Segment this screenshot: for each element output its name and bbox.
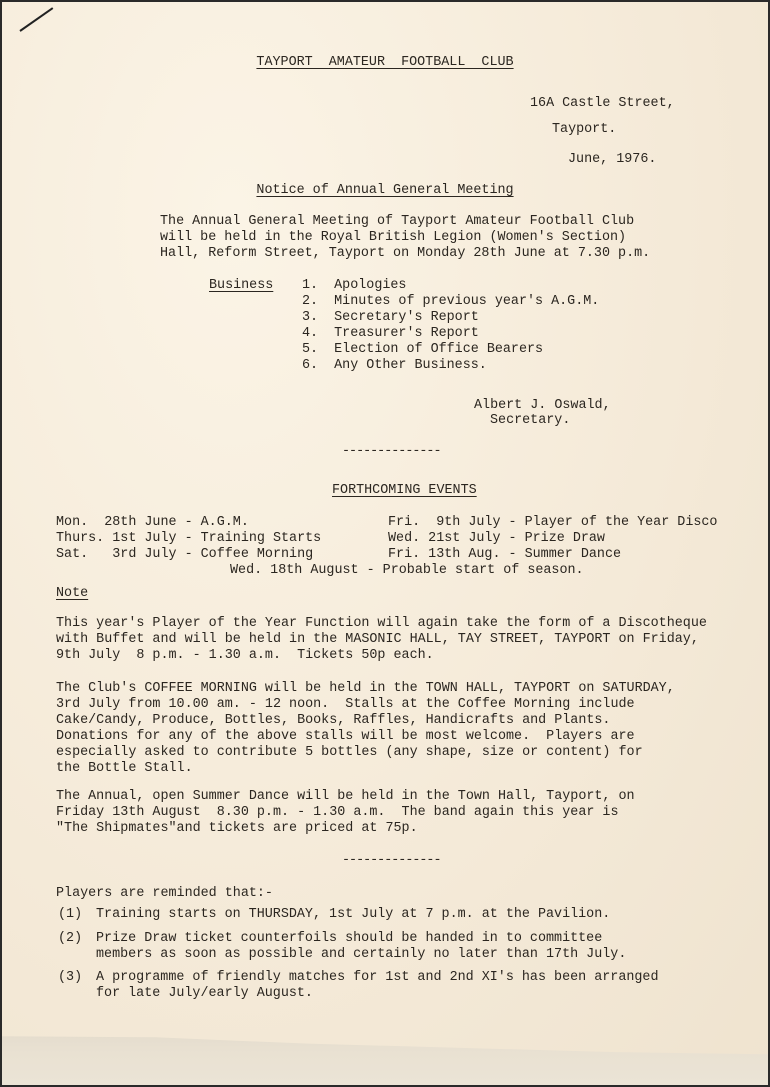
events-title: FORTHCOMING EVENTS — [332, 483, 477, 499]
event-item: Thurs. 1st July - Training Starts — [56, 531, 321, 547]
address-line-2: Tayport. — [552, 122, 616, 138]
notice-title: Notice of Annual General Meeting — [2, 183, 768, 199]
note-line: "The Shipmates"and tickets are priced at… — [56, 821, 418, 837]
reminder-line: members as soon as possible and certainl… — [96, 947, 626, 963]
signature-name: Albert J. Oswald, — [474, 398, 611, 414]
reminder-line: Training starts on THURSDAY, 1st July at… — [96, 907, 610, 923]
document-page: TAYPORT AMATEUR FOOTBALL CLUB 16A Castle… — [2, 2, 768, 1085]
event-final: Wed. 18th August - Probable start of sea… — [230, 563, 584, 579]
club-title: TAYPORT AMATEUR FOOTBALL CLUB — [2, 55, 768, 71]
business-item: 6. Any Other Business. — [302, 358, 487, 374]
address-line-1: 16A Castle Street, — [530, 96, 675, 112]
business-item: 1. Apologies — [302, 278, 406, 294]
event-item: Sat. 3rd July - Coffee Morning — [56, 547, 313, 563]
paper-fold — [2, 1032, 768, 1085]
divider: -------------- — [342, 853, 441, 869]
reminder-line: Prize Draw ticket counterfoils should be… — [96, 931, 602, 947]
note-line: Donations for any of the above stalls wi… — [56, 729, 635, 745]
note-line: especially asked to contribute 5 bottles… — [56, 745, 643, 761]
notice-body-line: will be held in the Royal British Legion… — [160, 230, 626, 246]
signature-title: Secretary. — [490, 413, 570, 429]
business-label: Business — [209, 278, 273, 294]
business-item: 5. Election of Office Bearers — [302, 342, 543, 358]
note-line: Cake/Candy, Produce, Bottles, Books, Raf… — [56, 713, 610, 729]
note-line: Friday 13th August 8.30 p.m. - 1.30 a.m.… — [56, 805, 619, 821]
reminder-line: A programme of friendly matches for 1st … — [96, 970, 659, 986]
divider: -------------- — [342, 444, 441, 460]
notice-body-line: Hall, Reform Street, Tayport on Monday 2… — [160, 246, 650, 262]
event-item: Mon. 28th June - A.G.M. — [56, 515, 249, 531]
note-label: Note — [56, 586, 88, 602]
reminder-number: (2) — [58, 931, 82, 947]
reminders-intro: Players are reminded that:- — [56, 886, 273, 902]
note-line: 3rd July from 10.00 am. - 12 noon. Stall… — [56, 697, 635, 713]
pen-mark — [19, 7, 53, 32]
reminder-line: for late July/early August. — [96, 986, 313, 1002]
event-item: Fri. 9th July - Player of the Year Disco — [388, 515, 717, 531]
reminder-number: (1) — [58, 907, 82, 923]
note-line: with Buffet and will be held in the MASO… — [56, 632, 699, 648]
reminder-number: (3) — [58, 970, 82, 986]
event-item: Fri. 13th Aug. - Summer Dance — [388, 547, 621, 563]
business-item: 4. Treasurer's Report — [302, 326, 479, 342]
event-item: Wed. 21st July - Prize Draw — [388, 531, 605, 547]
business-item: 2. Minutes of previous year's A.G.M. — [302, 294, 599, 310]
note-line: The Club's COFFEE MORNING will be held i… — [56, 681, 675, 697]
note-line: the Bottle Stall. — [56, 761, 193, 777]
note-line: 9th July 8 p.m. - 1.30 a.m. Tickets 50p … — [56, 648, 434, 664]
note-line: This year's Player of the Year Function … — [56, 616, 707, 632]
notice-body-line: The Annual General Meeting of Tayport Am… — [160, 214, 634, 230]
letter-date: June, 1976. — [568, 152, 656, 168]
note-line: The Annual, open Summer Dance will be he… — [56, 789, 635, 805]
business-item: 3. Secretary's Report — [302, 310, 479, 326]
